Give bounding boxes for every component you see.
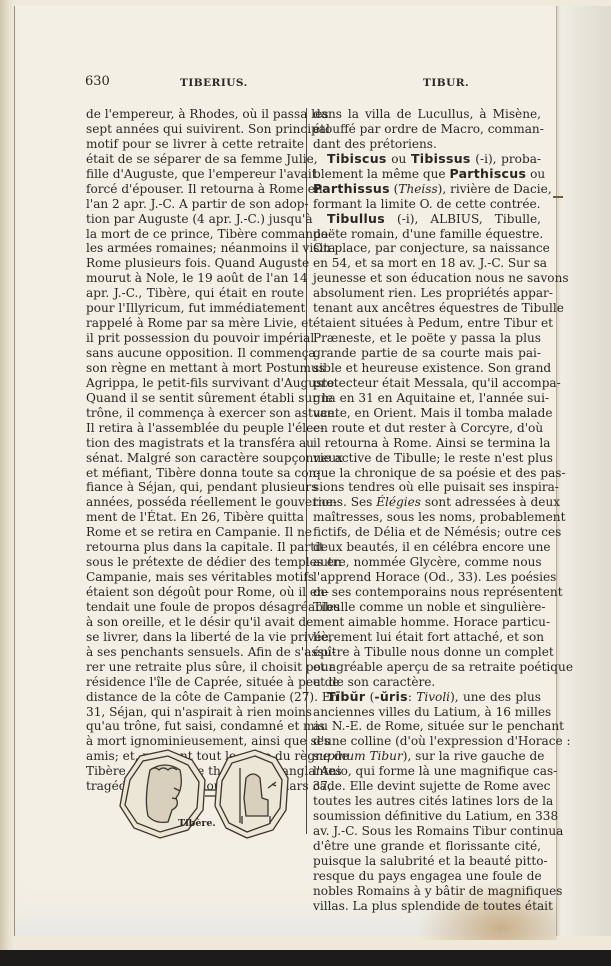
text-line: retourna plus dans la capitale. Il parti…	[86, 540, 304, 555]
coin-illustration	[110, 748, 290, 858]
text-line: forcé d'épouser. Il retourna à Rome en	[86, 182, 304, 197]
text-line: et de son caractère.	[313, 675, 541, 690]
text: ), sur la rive gauche de	[403, 749, 545, 763]
text-line: 31, Séjan, qui n'aspirait à rien moins	[86, 705, 304, 720]
headword: Parthissus	[313, 181, 390, 196]
text-line: était de se séparer de sa femme Julie,	[86, 152, 304, 167]
text-line: étaient situées à Pedum, entre Tibur et	[313, 316, 541, 331]
text-line: gna en 31 en Aquitaine et, l'année sui-	[313, 391, 541, 406]
left-column: de l'empereur, à Rhodes, où il passa les…	[86, 107, 304, 794]
text-line: ment de l'État. En 26, Tibère quitta	[86, 510, 304, 525]
text-line: sénat. Malgré son caractère soupçonneux	[86, 451, 304, 466]
binding-mark	[553, 196, 563, 198]
text: ou	[526, 167, 545, 181]
text-line: vante, en Orient. Mais il tomba malade	[313, 406, 541, 421]
text-line: fiance à Séjan, qui, pendant plusieurs	[86, 480, 304, 495]
headword: Tībŭr	[327, 689, 365, 704]
text-line: et agréable aperçu de sa retraite poétiq…	[313, 660, 541, 675]
text-line: Rome plusieurs fois. Quand Auguste	[86, 256, 304, 271]
text-line: fille d'Auguste, que l'empereur l'avait	[86, 167, 304, 182]
text-line: sans aucune opposition. Il commença	[86, 346, 304, 361]
text-line: en route et dut rester à Corcyre, d'où	[313, 421, 541, 436]
text-line: villas. La plus splendide de toutes étai…	[313, 899, 541, 914]
text: ), rivière de Dacie,	[438, 182, 552, 196]
text-line: protecteur était Messala, qu'il accompa-	[313, 376, 541, 391]
entry-tibiscus-line: Tibiscus ou Tibissus (-i), proba-	[313, 152, 541, 167]
headword: Tibullus	[327, 211, 385, 226]
text-line: formant la limite O. de cette contrée.	[313, 197, 541, 212]
text-line: tion par Auguste (4 apr. J.-C.) jusqu'à	[86, 212, 304, 227]
text: ou	[387, 152, 411, 166]
text-line: tion des magistrats et la transféra au	[86, 436, 304, 451]
text-line: toutes les autres cités latines lors de …	[313, 794, 541, 809]
page-number: 630	[85, 74, 110, 94]
text-line: épître à Tibulle nous donne un complet	[313, 645, 541, 660]
text-line: d'une colline (d'où l'expression d'Horac…	[313, 734, 541, 749]
text-line: trône, il commença à exercer son astuce.	[86, 406, 304, 421]
text: (-i), proba-	[471, 152, 541, 166]
text: ), une des plus	[450, 690, 541, 704]
text-line: d'être une grande et florissante cité,	[313, 839, 541, 854]
text-line: en 54, et sa mort en 18 av. J.-C. Sur sa	[313, 256, 541, 271]
text-line: rappelé à Rome par sa mère Livie, et	[86, 316, 304, 331]
text-line: Il retira à l'assemblée du peuple l'élec…	[86, 421, 304, 436]
text-line: Agrippa, le petit-fils survivant d'Augus…	[86, 376, 304, 391]
text-line: sous le prétexte de dédier des temples e…	[86, 555, 304, 570]
text-line: il prit possession du pouvoir impérial	[86, 331, 304, 346]
text: tions. Ses	[313, 495, 376, 509]
text: (-i), ALBIUS, Tibulle,	[385, 212, 541, 226]
text-line: sept années qui suivirent. Son principal	[86, 122, 304, 137]
text-line: blement la même que Parthiscus ou	[313, 167, 541, 182]
text-line: tions. Ses Élégies sont adressées à deux	[313, 495, 541, 510]
text-line: supinum Tibur), sur la rive gauche de	[313, 749, 541, 764]
text-line: On place, par conjecture, sa naissance	[313, 241, 541, 256]
text-line: poëte romain, d'une famille équestre.	[313, 227, 541, 242]
text-line: tenant aux ancêtres équestres de Tibulle	[313, 301, 541, 316]
italic-term: Theiss	[398, 182, 437, 196]
text-line: à ses penchants sensuels. Afin de s'assu…	[86, 645, 304, 660]
text-line: resque du pays engagea une foule de	[313, 869, 541, 884]
text-line: mourut à Nole, le 19 août de l'an 14	[86, 271, 304, 286]
text: :	[408, 690, 416, 704]
text-line: absolument rien. Les propriétés appar-	[313, 286, 541, 301]
text-line: les armées romaines; néanmoins il visita	[86, 241, 304, 256]
running-head-left: TIBERIUS.	[180, 77, 248, 97]
text-line: et méfiant, Tibère donna toute sa con-	[86, 466, 304, 481]
text-line: Tibulle comme un noble et singulière-	[313, 600, 541, 615]
text-line: Præneste, et le poëte y passa la plus	[313, 331, 541, 346]
headword: Tibiscus	[327, 151, 387, 166]
text-line: autre, nommée Glycère, comme nous	[313, 555, 541, 570]
headword: -ŭris	[374, 689, 407, 704]
text-line: au N.-E. de Rome, située sur le penchant	[313, 719, 541, 734]
text: sont adressées à deux	[421, 495, 560, 509]
text-line: pour l'Illyricum, fut immédiatement	[86, 301, 304, 316]
text-line: vie active de Tibulle; le reste n'est pl…	[313, 451, 541, 466]
text-line: la mort de ce prince, Tibère commanda	[86, 227, 304, 242]
text-line: distance de la côte de Campanie (27). En	[86, 690, 304, 705]
coin-reverse-icon	[215, 750, 288, 838]
text-line: dans la villa de Lucullus, à Misène,	[313, 107, 541, 122]
text-line: soumission définitive du Latium, en 338	[313, 809, 541, 824]
text-line: il retourna à Rome. Ainsi se termina la	[313, 436, 541, 451]
text-line: grande partie de sa courte mais pai-	[313, 346, 541, 361]
text-line: qu'au trône, fut saisi, condamné et mis	[86, 719, 304, 734]
text-line: Rome et se retira en Campanie. Il ne	[86, 525, 304, 540]
text-line: Parthissus (Theiss), rivière de Dacie,	[313, 182, 541, 197]
text-line: cade. Elle devint sujette de Rome avec	[313, 779, 541, 794]
text-line: anciennes villes du Latium, à 16 milles	[313, 705, 541, 720]
right-column: dans la villa de Lucullus, à Misène, éto…	[313, 107, 541, 914]
text-line: ment aimable homme. Horace particu-	[313, 615, 541, 630]
text-line: sible et heureuse existence. Son grand	[313, 361, 541, 376]
text-line: années, posséda réellement le gouverne-	[86, 495, 304, 510]
text-line: puisque la salubrité et la beauté pitto-	[313, 854, 541, 869]
entry-tibur-line: Tībŭr (-ŭris: Tivoli), une des plus	[313, 690, 541, 705]
text: blement la même que	[313, 167, 449, 181]
text-line: maîtresses, sous les noms, probablement	[313, 510, 541, 525]
text-line: à son oreille, et le désir qu'il avait d…	[86, 615, 304, 630]
italic-term: Tivoli	[416, 690, 450, 704]
text-line: l'apprend Horace (Od., 33). Les poésies	[313, 570, 541, 585]
entry-tibullus-line: Tibullus (-i), ALBIUS, Tibulle,	[313, 212, 541, 227]
text-line: nobles Romains à y bâtir de magnifiques	[313, 884, 541, 899]
text-line: jeunesse et son éducation nous ne savons	[313, 271, 541, 286]
text-line: tendait une foule de propos désagréables	[86, 600, 304, 615]
text-line: lièrement lui était fort attaché, et son	[313, 630, 541, 645]
text-line: deux beautés, il en célébra encore une	[313, 540, 541, 555]
text-line: av. J.-C. Sous les Romains Tibur continu…	[313, 824, 541, 839]
text-line: fictifs, de Délia et de Némésis; outre c…	[313, 525, 541, 540]
text-line: résidence l'île de Caprée, située à peu …	[86, 675, 304, 690]
text-line: Campanie, mais ses véritables motifs	[86, 570, 304, 585]
text-line: que la chronique de sa poésie et des pas…	[313, 466, 541, 481]
text-line: motif pour se livrer à cette retraite	[86, 137, 304, 152]
figure-caption: Tibère.	[178, 818, 216, 829]
text-line: de l'empereur, à Rhodes, où il passa les	[86, 107, 304, 122]
text-line: étaient son dégoût pour Rome, où il en-	[86, 585, 304, 600]
text-line: l'Anio, qui forme là une magnifique cas-	[313, 764, 541, 779]
running-head-right: TIBUR.	[423, 77, 469, 97]
text-line: son règne en mettant à mort Postumus	[86, 361, 304, 376]
text-line: sions tendres où elle puisait ses inspir…	[313, 480, 541, 495]
text-line: rer une retraite plus sûre, il choisit p…	[86, 660, 304, 675]
text-line: étouffé par ordre de Macro, comman-	[313, 122, 541, 137]
headword: Parthiscus	[449, 166, 526, 181]
text-line: apr. J.-C., Tibère, qui était en route	[86, 286, 304, 301]
text-line: Quand il se sentit sûrement établi sur l…	[86, 391, 304, 406]
headword: Tibissus	[411, 151, 471, 166]
text-line: se livrer, dans la liberté de la vie pri…	[86, 630, 304, 645]
italic-term: supinum Tibur	[313, 749, 403, 763]
text-line: de ses contemporains nous représentent	[313, 585, 541, 600]
text-line: l'an 2 apr. J.-C. A partir de son adop-	[86, 197, 304, 212]
italic-term: Élégies	[376, 495, 421, 509]
text-line: dant des prétoriens.	[313, 137, 541, 152]
